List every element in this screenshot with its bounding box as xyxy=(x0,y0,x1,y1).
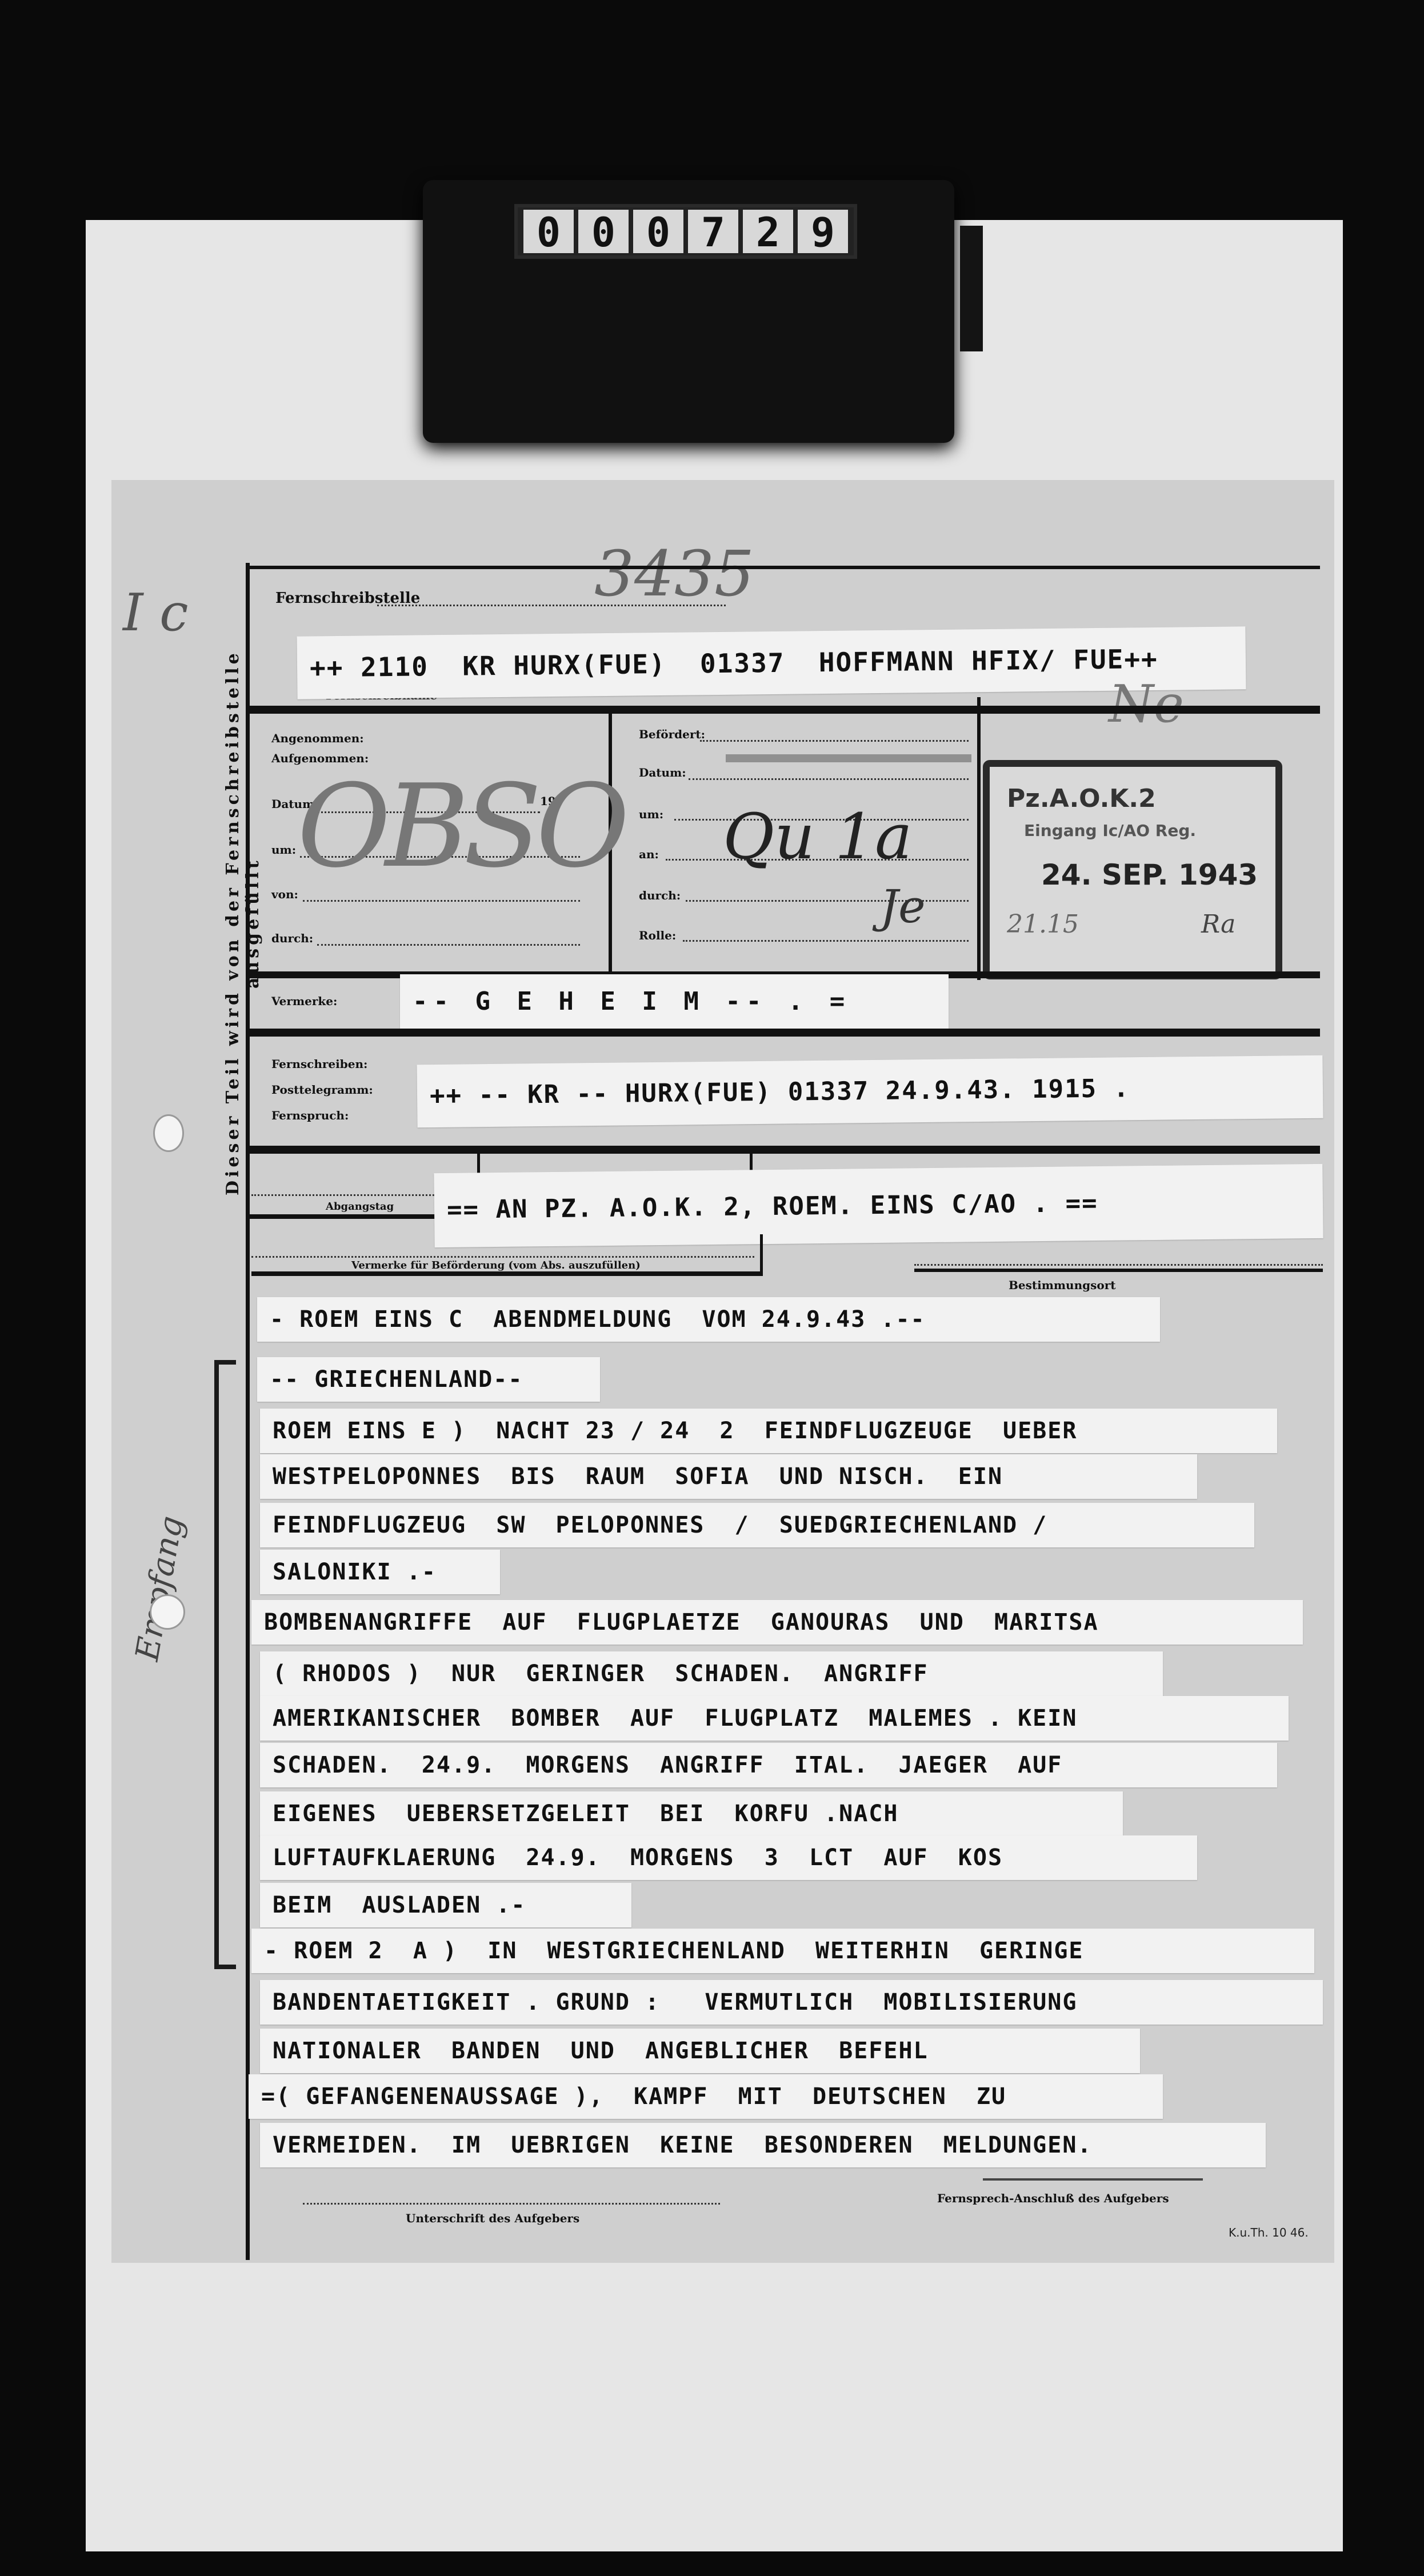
classification-strip: -- G E H E I M -- . = xyxy=(400,974,949,1029)
dotted-line xyxy=(689,778,969,780)
transmission-header-strip: ++ 2110 KR HURX(FUE) 01337 HOFFMANN HFIX… xyxy=(297,626,1246,699)
um-label: um: xyxy=(271,840,296,859)
message-line: -- GRIECHENLAND-- xyxy=(257,1357,600,1402)
rule xyxy=(760,1234,763,1274)
handwritten-an: Qu 1a xyxy=(723,800,913,873)
message-line: LUFTAUFKLAERUNG 24.9. MORGENS 3 LCT AUF … xyxy=(260,1835,1197,1880)
handwritten-initials: Ne xyxy=(1109,674,1184,734)
signature-line xyxy=(303,2203,720,2205)
unterschrift-label: Unterschrift des Aufgebers xyxy=(406,2209,579,2228)
message-type-fernschreiben: Fernschreiben: xyxy=(271,1054,367,1074)
rule xyxy=(246,566,1320,569)
margin-note: I c xyxy=(123,583,189,643)
stamp-date: 24. SEP. 1943 xyxy=(1041,858,1258,891)
abgangstag-label: Abgangstag xyxy=(326,1197,394,1217)
counter-digit: 2 xyxy=(743,210,793,253)
message-line: - ROEM 2 A ) IN WESTGRIECHENLAND WEITERH… xyxy=(251,1929,1314,1973)
stamp-unit: Pz.A.O.K.2 xyxy=(1007,784,1156,813)
strikethrough xyxy=(726,754,971,762)
counter-display: 0 0 0 7 2 9 xyxy=(514,204,857,259)
form-frame-left xyxy=(246,563,250,2260)
dotted-line xyxy=(317,944,580,946)
counter-digit: 0 xyxy=(523,210,574,253)
frame-counter: 0 0 0 7 2 9 xyxy=(423,180,954,443)
margin-bracket xyxy=(214,1360,236,1969)
counter-digit: 9 xyxy=(798,210,848,253)
bestimmungsort-label: Bestimmungsort xyxy=(1009,1275,1116,1295)
counter-knob xyxy=(960,226,983,351)
message-line: =( GEFANGENENAUSSAGE ), KAMPF MIT DEUTSC… xyxy=(249,2074,1163,2119)
message-line: BOMBENANGRIFFE AUF FLUGPLAETZE GANOURAS … xyxy=(251,1600,1303,1645)
message-line: FEINDFLUGZEUG SW PELOPONNES / SUEDGRIECH… xyxy=(260,1503,1254,1547)
handwritten-obso: OBSO xyxy=(297,760,624,893)
punch-hole xyxy=(150,1594,185,1630)
rule xyxy=(977,697,981,980)
rule xyxy=(246,706,1320,714)
message-line: BEIM AUSLADEN .- xyxy=(260,1883,631,1927)
message-line: SCHADEN. 24.9. MORGENS ANGRIFF ITAL. JAE… xyxy=(260,1743,1277,1787)
dotted-line xyxy=(251,1194,451,1196)
stamp-initials: Ra xyxy=(1201,910,1235,939)
message-line: ROEM EINS E ) NACHT 23 / 24 2 FEINDFLUGZ… xyxy=(260,1409,1277,1453)
handwritten-durch: Je xyxy=(880,880,925,933)
message-line: EIGENES UEBERSETZGELEIT BEI KORFU .NACH xyxy=(260,1791,1123,1836)
vertical-form-label: Dieser Teil wird von der Fernschreibstel… xyxy=(223,594,246,1251)
message-type-fernspruch: Fernspruch: xyxy=(271,1106,349,1125)
vermerke-label: Vermerke: xyxy=(271,991,337,1011)
dotted-line xyxy=(377,605,726,606)
dotted-line xyxy=(303,900,580,902)
message-line: VERMEIDEN. IM UEBRIGEN KEINE BESONDEREN … xyxy=(260,2123,1266,2167)
form-number: K.u.Th. 10 46. xyxy=(1229,2226,1309,2239)
forward-an-label: an: xyxy=(639,845,659,864)
counter-digit: 0 xyxy=(633,210,683,253)
counter-digit: 7 xyxy=(688,210,738,253)
forward-datum-label: Datum: xyxy=(639,763,686,782)
forward-durch-label: durch: xyxy=(639,886,681,905)
stamp-register: Eingang Ic/AO Reg. xyxy=(1024,821,1196,840)
dotted-line xyxy=(683,940,969,942)
rule xyxy=(246,1029,1320,1037)
rule xyxy=(914,1269,1323,1272)
message-line: ( RHODOS ) NUR GERINGER SCHADEN. ANGRIFF xyxy=(260,1651,1163,1696)
message-header-strip: ++ -- KR -- HURX(FUE) 01337 24.9.43. 191… xyxy=(417,1055,1323,1128)
counter-digit: 0 xyxy=(578,210,629,253)
forward-um-label: um: xyxy=(639,805,663,824)
message-line: - ROEM EINS C ABENDMELDUNG VOM 24.9.43 .… xyxy=(257,1297,1160,1342)
dotted-line xyxy=(700,740,969,742)
message-type-posttelegramm: Posttelegramm: xyxy=(271,1080,373,1099)
fernsprech-label: Fernsprech-Anschluß des Aufgebers xyxy=(937,2189,1169,2208)
message-line: AMERIKANISCHER BOMBER AUF FLUGPLATZ MALE… xyxy=(260,1696,1289,1741)
angenommen-label: Angenommen: xyxy=(271,729,364,748)
phone-line xyxy=(983,2178,1203,2181)
rule xyxy=(246,1146,1320,1154)
von-label: von: xyxy=(271,885,298,904)
message-line: NATIONALER BANDEN UND ANGEBLICHER BEFEHL xyxy=(260,2029,1140,2073)
message-line: WESTPELOPONNES BIS RAUM SOFIA UND NISCH.… xyxy=(260,1454,1197,1499)
stamp-time: 21.15 xyxy=(1007,910,1079,939)
message-line: SALONIKI .- xyxy=(260,1550,500,1594)
message-line: BANDENTAETIGKEIT . GRUND : VERMUTLICH MO… xyxy=(260,1980,1323,2025)
rule xyxy=(251,1271,763,1276)
archive-number: 3435 xyxy=(594,537,754,610)
receipt-stamp: Pz.A.O.K.2 Eingang Ic/AO Reg. 24. SEP. 1… xyxy=(983,760,1282,979)
dotted-line xyxy=(914,1264,1323,1266)
durch-label: durch: xyxy=(271,929,313,948)
addressee-strip: == AN PZ. A.O.K. 2, ROEM. EINS C/AO . == xyxy=(434,1164,1323,1247)
dotted-line xyxy=(686,900,969,902)
punch-hole xyxy=(153,1114,184,1152)
befoerdert-label: Befördert: xyxy=(639,725,705,744)
rolle-label: Rolle: xyxy=(639,926,676,945)
